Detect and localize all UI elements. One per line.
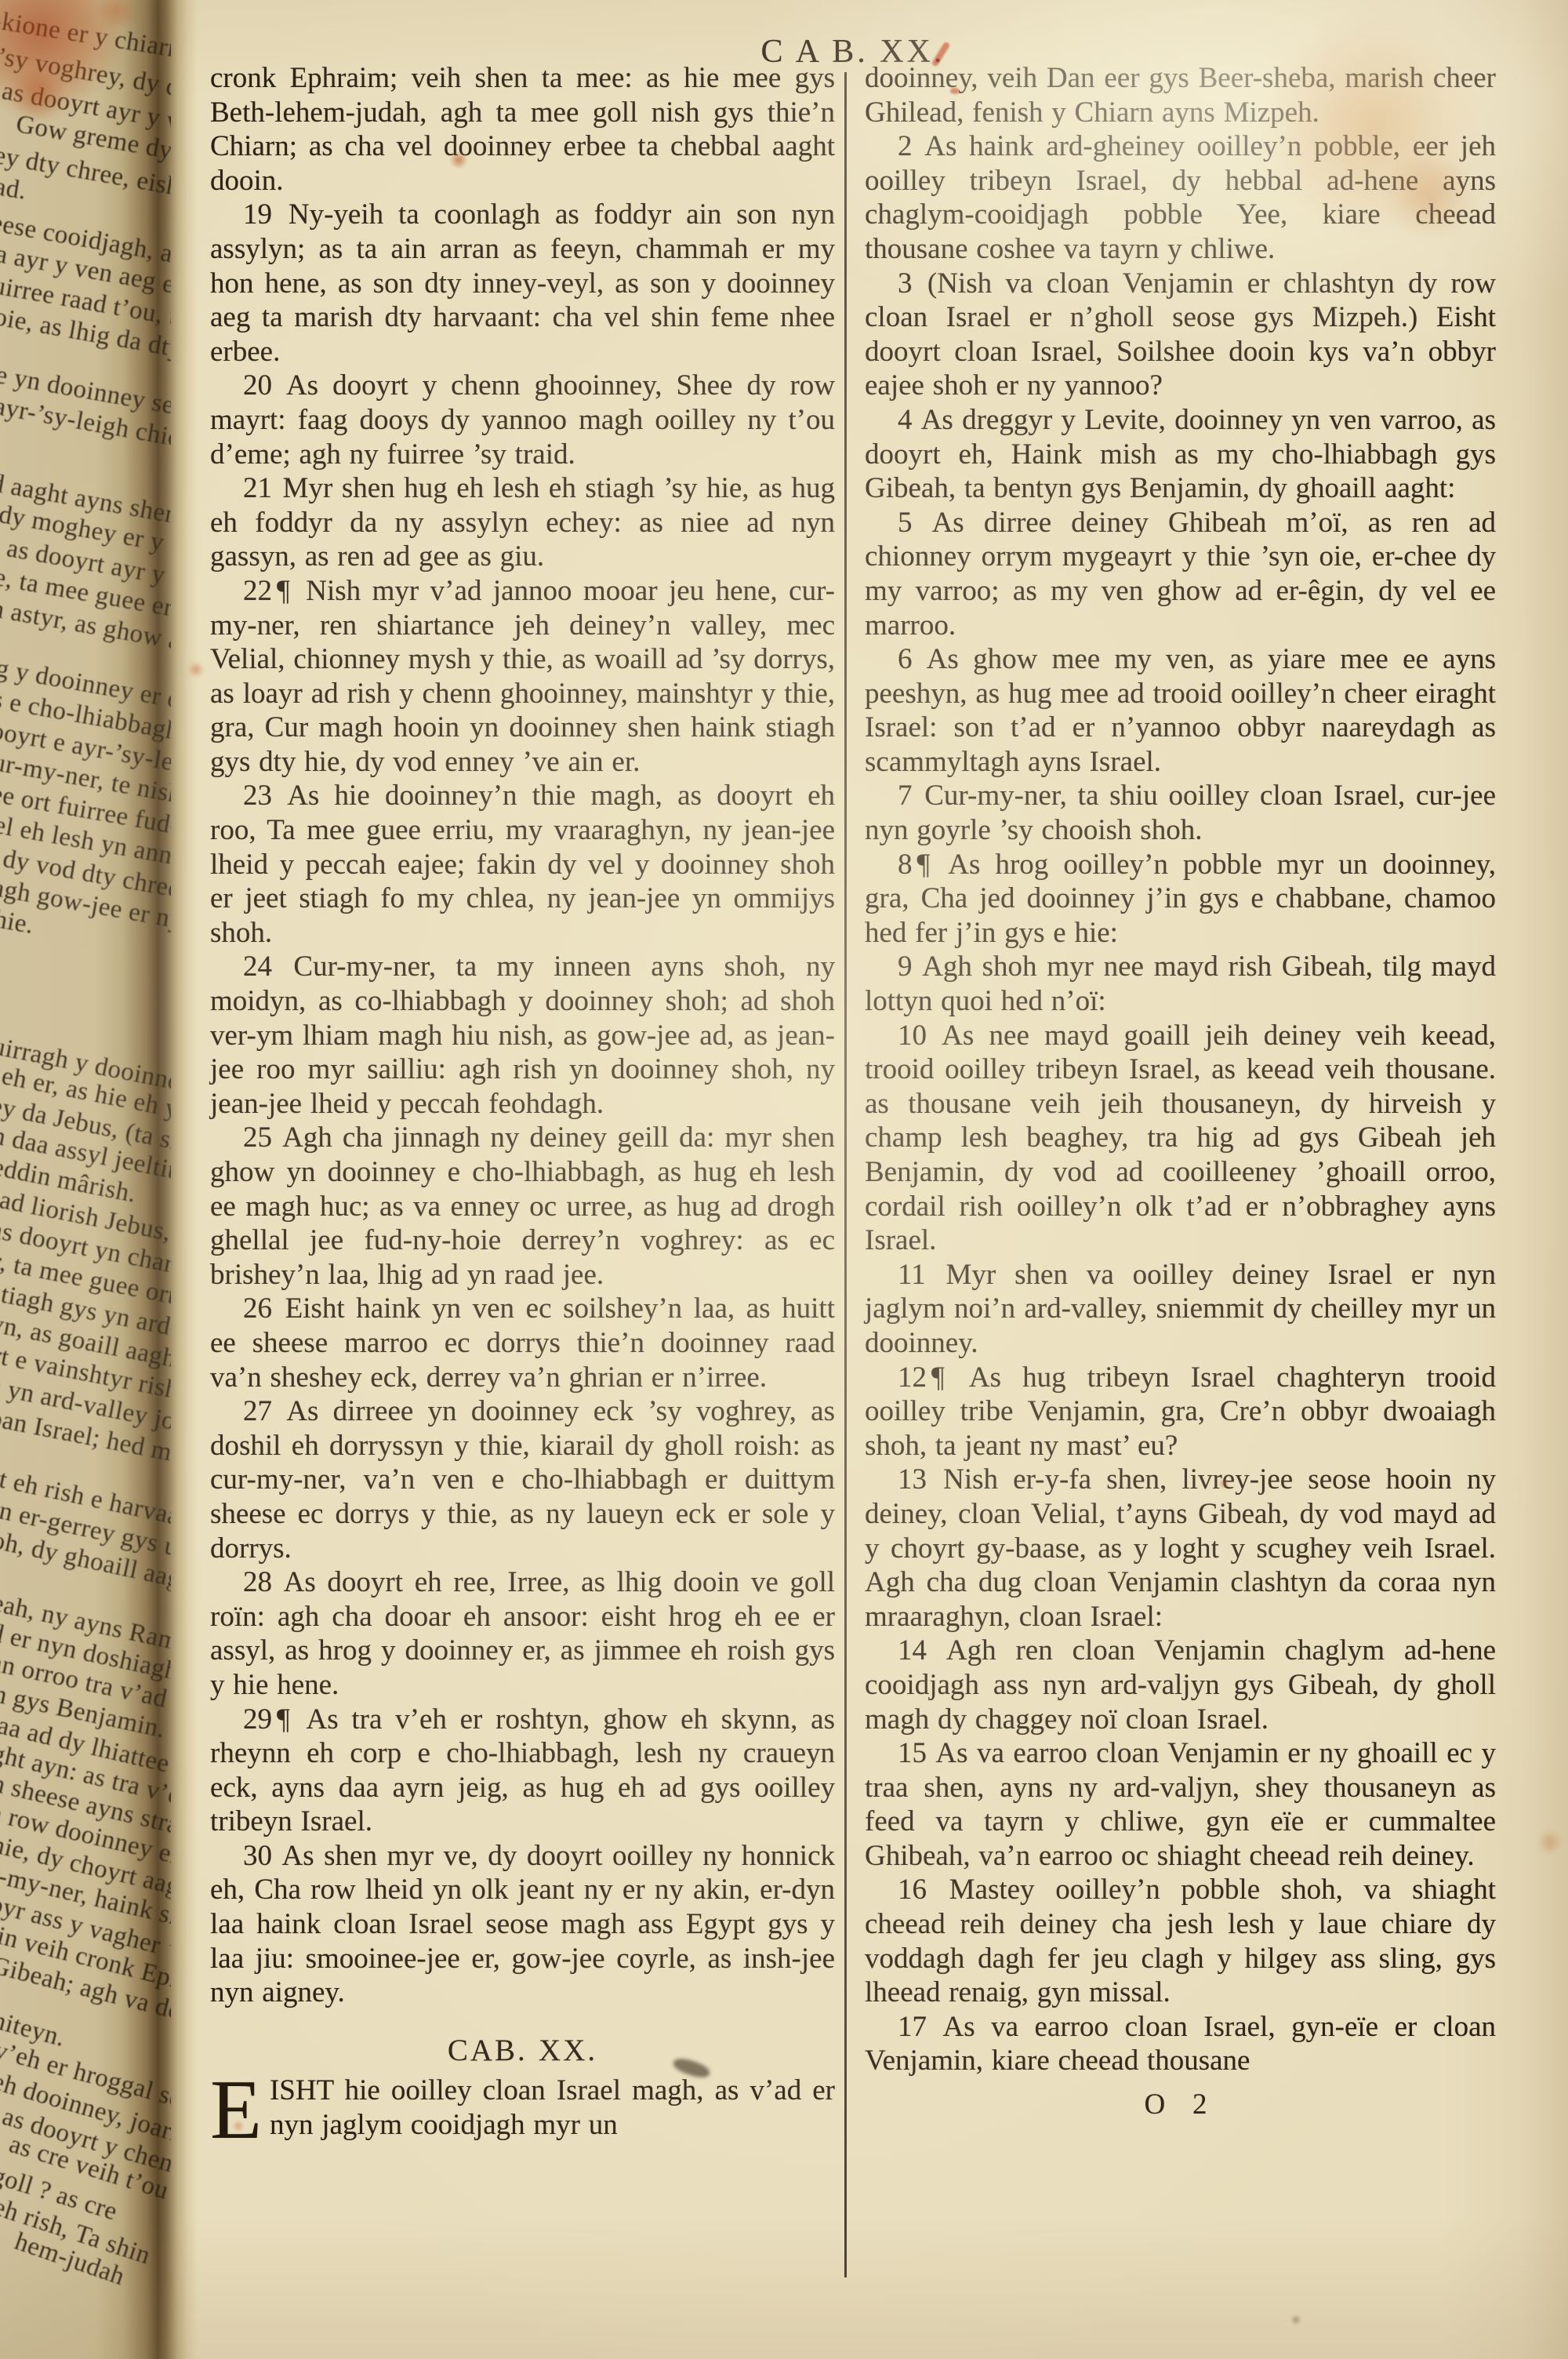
verse-2: 2 As haink ard-gheiney ooilley’n pobble,…	[865, 129, 1496, 266]
verse-number: 17	[898, 2011, 928, 2043]
verse-25: 25 Agh cha jinnagh ny deiney geill da: m…	[210, 1121, 835, 1292]
verse-number: 5	[898, 507, 914, 539]
verse-10: 10 As nee mayd goaill jeih deiney veih k…	[865, 1019, 1496, 1258]
verse-number: 10	[898, 1020, 928, 1052]
chapter-opening-paragraph: EISHT hie ooilley cloan Israel magh, as …	[210, 2074, 835, 2142]
verse-number: 29	[243, 1703, 274, 1736]
verse-number: 26	[243, 1292, 274, 1325]
verse-number: 22	[243, 575, 274, 607]
verse-number: 14	[898, 1634, 928, 1667]
verse-22: 22¶ Nish myr v’ad jannoo mooar jeu hene,…	[210, 574, 835, 780]
left-verses: 19 Ny-yeih ta coonlagh as foddyr ain son…	[210, 198, 835, 2009]
verse-number: 30	[243, 1840, 274, 1872]
verse-9: 9 Agh shoh myr nee mayd rish Gibeah, til…	[865, 950, 1496, 1018]
verse-number: 21	[243, 472, 274, 504]
verse-number: 8	[898, 849, 914, 881]
verse-21: 21 Myr shen hug eh lesh eh stiagh ’sy hi…	[210, 471, 835, 574]
verse-24: 24 Cur-my-ner, ta my inneen ayns shoh, n…	[210, 950, 835, 1121]
verse-28: 28 As dooyrt eh ree, Irree, as lhig dooi…	[210, 1565, 835, 1702]
verse-number: 15	[898, 1737, 928, 1769]
left-text-column: cronk Ephraim; veih shen ta mee: as hie …	[210, 61, 835, 2143]
verse-number: 4	[898, 404, 914, 436]
verse-number: 13	[898, 1463, 928, 1496]
book-page-photo: { "page": { "header": "C A B. XX.", "sig…	[0, 0, 1568, 2359]
verse-27: 27 As dirreee yn dooinney eck ’sy voghre…	[210, 1394, 835, 1565]
chapter-heading: CAB. XX.	[210, 2034, 835, 2068]
pilcrow-mark: ¶	[274, 1703, 295, 1736]
verse-number: 27	[243, 1395, 274, 1427]
verse-number: 11	[898, 1259, 927, 1291]
verse-number: 16	[898, 1874, 928, 1906]
verse-6: 6 As ghow mee my ven, as yiare mee ee ay…	[865, 642, 1496, 779]
verse-12: 12¶ As hug tribeyn Israel chaghteryn tro…	[865, 1361, 1496, 1463]
verse-3: 3 (Nish va cloan Venjamin er chlashtyn d…	[865, 267, 1496, 403]
verse-26: 26 Eisht haink yn ven ec soilshey’n laa,…	[210, 1292, 835, 1394]
right-text-column: dooinney, veih Dan eer gys Beer-sheba, m…	[865, 61, 1496, 2151]
verse-number: 23	[243, 780, 274, 812]
verse-number: 2	[898, 130, 914, 162]
verse-number: 6	[898, 643, 914, 675]
verse-number: 7	[898, 780, 914, 812]
verse-14: 14 Agh ren cloan Venjamin chaglym ad-hen…	[865, 1634, 1496, 1736]
verse-13: 13 Nish er-y-fa shen, livrey-jee seose h…	[865, 1463, 1496, 1634]
pilcrow-mark: ¶	[274, 575, 295, 607]
pilcrow-mark: ¶	[914, 849, 935, 881]
verse-16: 16 Mastey ooilley’n pobble shoh, va shia…	[865, 1873, 1496, 2009]
verse-17: 17 As va earroo cloan Israel, gyn-eïe er…	[865, 2010, 1496, 2078]
verse-number: 25	[243, 1121, 274, 1154]
verse-15: 15 As va earroo cloan Venjamin er ny gho…	[865, 1736, 1496, 1873]
verse-number: 24	[243, 951, 274, 983]
verse-11: 11 Myr shen va ooilley deiney Israel er …	[865, 1258, 1496, 1361]
verse-number: 20	[243, 369, 274, 402]
verse-19: 19 Ny-yeih ta coonlagh as foddyr ain son…	[210, 198, 835, 369]
verse-29: 29¶ As tra v’eh er roshtyn, ghow eh skyn…	[210, 1703, 835, 1839]
verse-number: 28	[243, 1566, 274, 1598]
pilcrow-mark: ¶	[928, 1361, 949, 1394]
signature-mark: O 2	[865, 2088, 1496, 2122]
page-content: C A B. XX. cronk Ephraim; veih shen ta m…	[0, 0, 1568, 2359]
verse-5: 5 As dirree deiney Ghibeah m’oï, as ren …	[865, 506, 1496, 642]
verse-8: 8¶ As hrog ooilley’n pobble myr un dooin…	[865, 848, 1496, 951]
verse-20: 20 As dooyrt y chenn ghooinney, Shee dy …	[210, 369, 835, 471]
verse-4: 4 As dreggyr y Levite, dooinney yn ven v…	[865, 403, 1496, 506]
verse-7: 7 Cur-my-ner, ta shiu ooilley cloan Isra…	[865, 779, 1496, 847]
continuation-paragraph: dooinney, veih Dan eer gys Beer-sheba, m…	[865, 61, 1496, 129]
verse-number: 12	[898, 1361, 928, 1394]
verse-number: 3	[898, 267, 914, 300]
verse-23: 23 As hie dooinney’n thie magh, as dooyr…	[210, 779, 835, 950]
continuation-paragraph: cronk Ephraim; veih shen ta mee: as hie …	[210, 61, 835, 198]
column-divider-rule	[844, 72, 847, 2277]
verse-30: 30 As shen myr ve, dy dooyrt ooilley ny …	[210, 1839, 835, 2010]
chapter-opening-text: ISHT hie ooilley cloan Israel magh, as v…	[270, 2074, 835, 2141]
right-verses: 2 As haink ard-gheiney ooilley’n pobble,…	[865, 129, 1496, 2078]
drop-cap: E	[210, 2074, 270, 2143]
verse-number: 9	[898, 951, 914, 983]
verse-number: 19	[243, 198, 274, 231]
